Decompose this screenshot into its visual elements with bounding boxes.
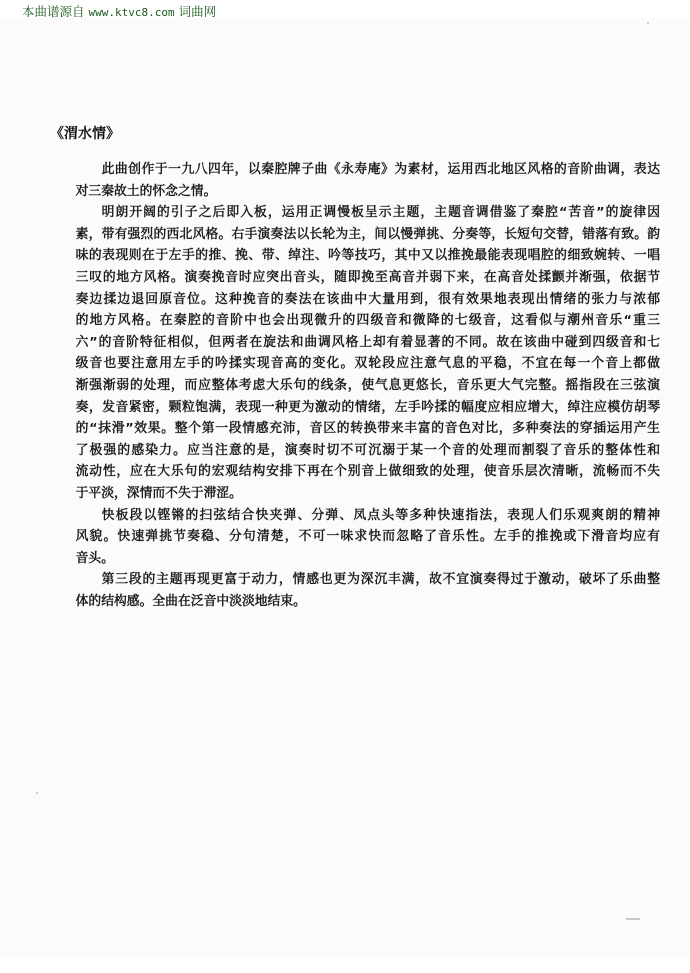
page-number-mark xyxy=(626,918,640,920)
paragraph-3: 快板段以铿锵的扫弦结合快夹弹、分弹、凤点头等多种快速指法，表现人们乐观爽朗的精神… xyxy=(50,505,660,570)
text-line: 第三段的主题再现更富于动力，情感也更为深沉丰满，故不宜演奏得过于激动，破坏了乐曲… xyxy=(50,569,660,591)
text-line: 素，带有强烈的西北风格。右手演奏法以长轮为主，间以慢弹挑、分奏等，长短句交替，错… xyxy=(50,224,660,246)
text-line: 明朗开阔的引子之后即入板，运用正调慢板呈示主题，主题音调借鉴了秦腔“苦音”的旋律… xyxy=(50,202,660,224)
text-line: 了极强的感染力。应当注意的是，演奏时切不可沉溺于某一个音的处理而割裂了音乐的整体… xyxy=(50,440,660,462)
text-line: 奏，发音紧密，颗粒饱满，表现一种更为激动的情绪，左手吟揉的幅度应相应增大，绰注应… xyxy=(50,397,660,419)
watermark-suffix: 词曲网 xyxy=(179,4,217,19)
scan-speck xyxy=(647,22,649,24)
text-line: 流动性，应在大乐句的宏观结构安排下再在个别音上做细致的处理，使音乐层次清晰，流畅… xyxy=(50,461,660,483)
text-line: 快板段以铿锵的扫弦结合快夹弹、分弹、凤点头等多种快速指法，表现人们乐观爽朗的精神 xyxy=(50,505,660,527)
text-line: 三叹的地方风格。演奏挽音时应突出音头，随即挽至高音并弱下来，在高音处揉颤并渐强，… xyxy=(50,267,660,289)
paragraph-1: 此曲创作于一九八四年，以秦腔牌子曲《永寿庵》为素材，运用西北地区风格的音阶曲调，… xyxy=(50,159,660,202)
text-line: 味的表现则在于左手的推、挽、带、绰注、吟等技巧，其中又以推挽最能表现唱腔的细致婉… xyxy=(50,245,660,267)
text-line: 此曲创作于一九八四年，以秦腔牌子曲《永寿庵》为素材，运用西北地区风格的音阶曲调，… xyxy=(50,159,660,181)
text-line: 的地方风格。在秦腔的音阶中也会出现微升的四级音和微降的七级音，这看似与潮州音乐“… xyxy=(50,310,660,332)
text-line: 六”的音阶特征相似，但两者在旋法和曲调风格上却有着显著的不同。故在该曲中碰到四级… xyxy=(50,332,660,354)
document-body: 此曲创作于一九八四年，以秦腔牌子曲《永寿庵》为素材，运用西北地区风格的音阶曲调，… xyxy=(50,159,660,612)
paragraph-2: 明朗开阔的引子之后即入板，运用正调慢板呈示主题，主题音调借鉴了秦腔“苦音”的旋律… xyxy=(50,202,660,504)
text-line: 级音也要注意用左手的吟揉实现音高的变化。双轮段应注意气息的平稳，不宜在每一个音上… xyxy=(50,353,660,375)
text-line: 音头。 xyxy=(50,548,660,570)
watermark-prefix: 本曲谱源自 xyxy=(22,4,85,19)
text-line: 的“抹滑”效果。整个第一段情感充沛，音区的转换带来丰富的音色对比，多种奏法的穿插… xyxy=(50,418,660,440)
text-line: 体的结构感。全曲在泛音中淡淡地结束。 xyxy=(50,591,660,613)
source-watermark: 本曲谱源自 www.ktvc8.com 词曲网 xyxy=(22,2,216,20)
text-line: 对三秦故土的怀念之情。 xyxy=(50,181,660,203)
paragraph-4: 第三段的主题再现更富于动力，情感也更为深沉丰满，故不宜演奏得过于激动，破坏了乐曲… xyxy=(50,569,660,612)
text-line: 渐强渐弱的处理，而应整体考虑大乐句的线条，使气息更悠长，音乐更大气完整。摇指段在… xyxy=(50,375,660,397)
watermark-url: www.ktvc8.com xyxy=(89,6,175,19)
scan-speck xyxy=(36,792,38,794)
text-line: 于平淡，深情而不失于滞涩。 xyxy=(50,483,660,505)
document-title: 《渭水情》 xyxy=(50,123,120,143)
text-line: 风貌。快速弹挑节奏稳、分句清楚，不可一味求快而忽略了音乐性。左手的推挽或下滑音均… xyxy=(50,526,660,548)
text-line: 奏边揉边退回原音位。这种挽音的奏法在该曲中大量用到，很有效果地表现出情绪的张力与… xyxy=(50,289,660,311)
